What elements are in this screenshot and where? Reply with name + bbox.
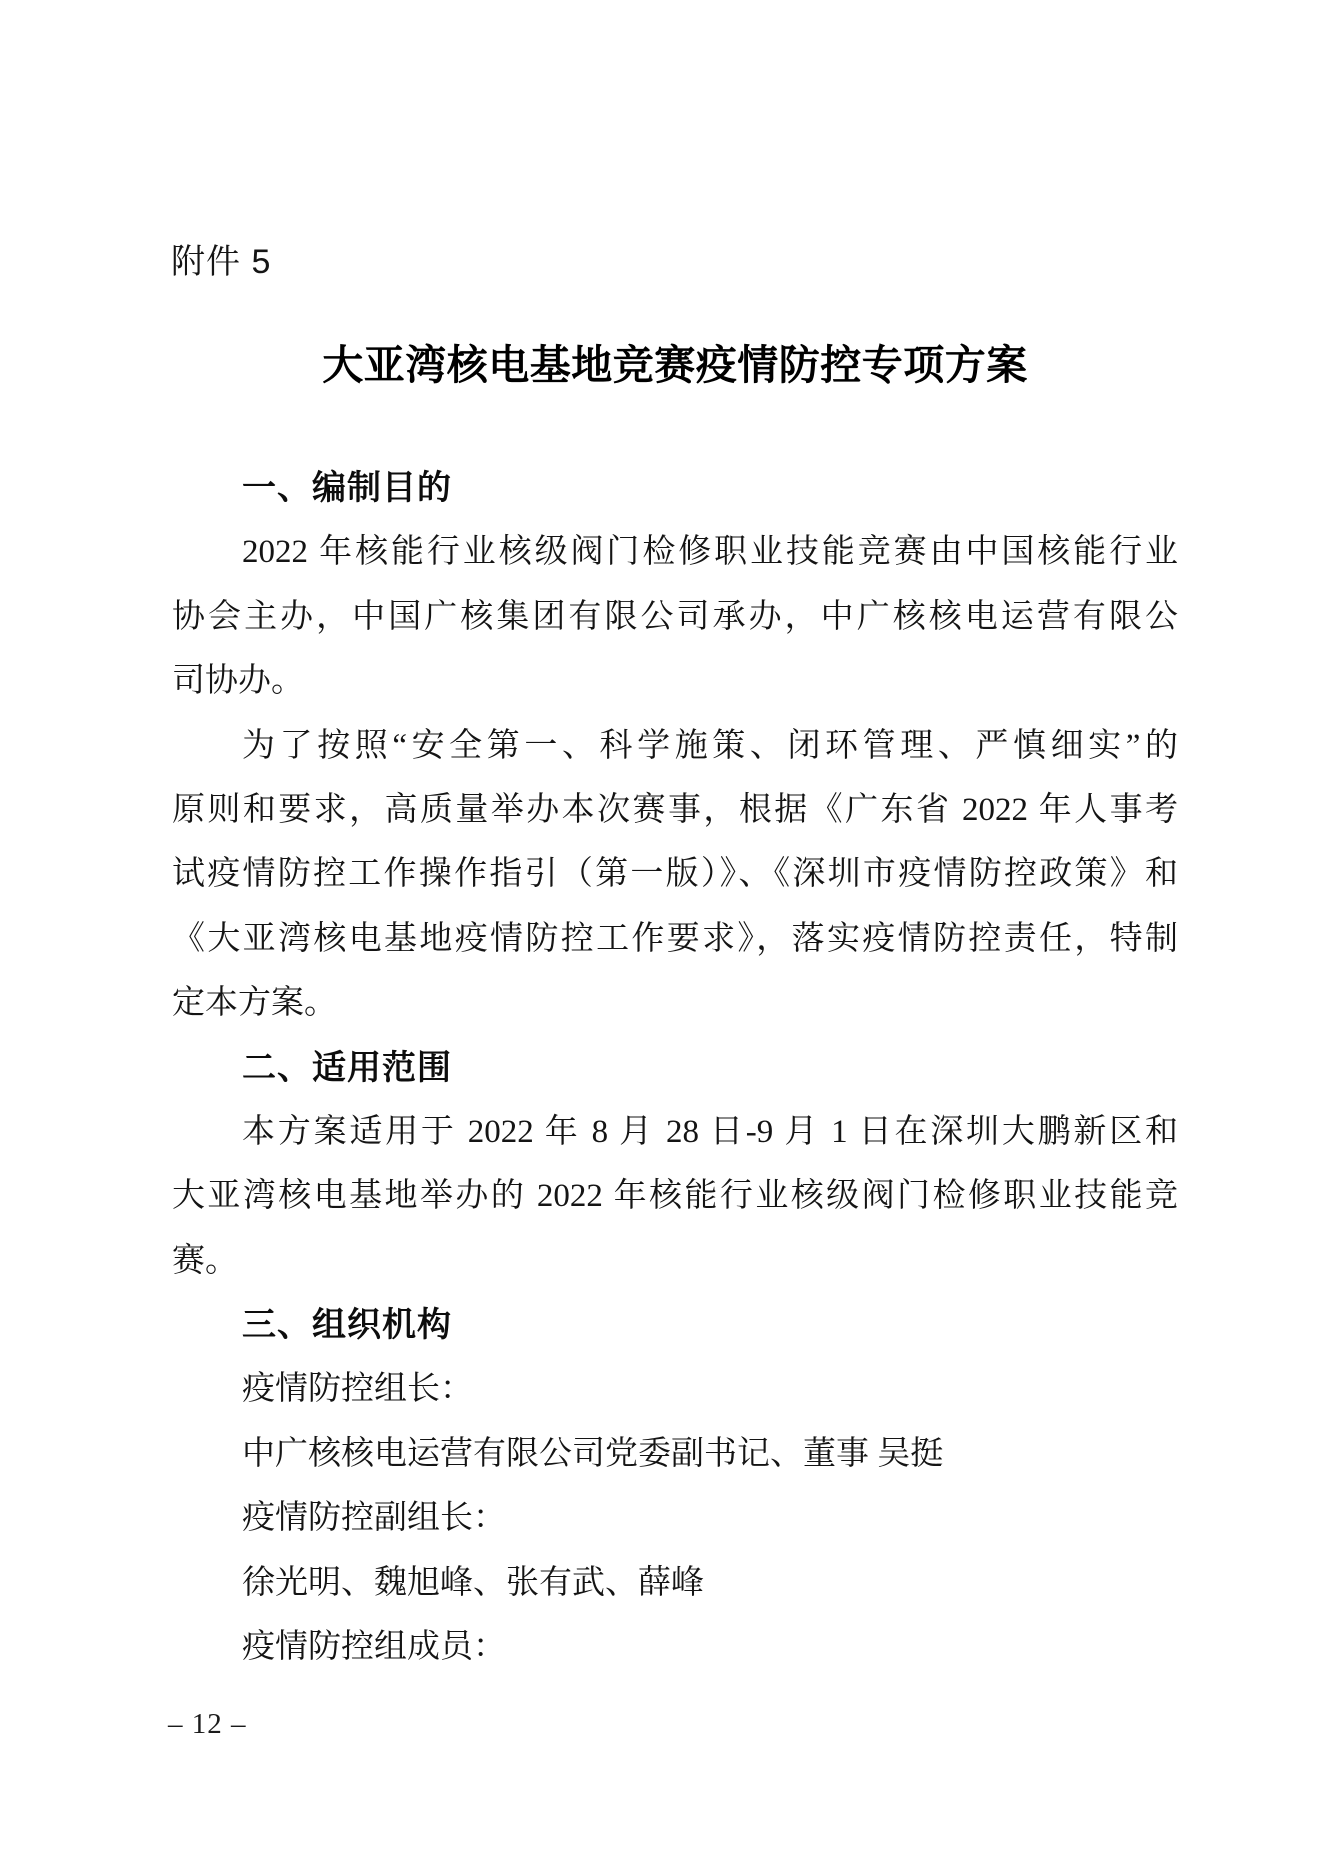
text-line: 本方案适用于 2022 年 8 月 28 日-9 月 1 日在深圳大鹏新区和 bbox=[172, 1100, 1178, 1164]
text-line: 大亚湾核电基地举办的 2022 年核能行业核级阀门检修职业技能竞 bbox=[172, 1164, 1178, 1228]
section-heading: 一、编制目的 bbox=[172, 456, 1178, 520]
document-title: 大亚湾核电基地竞赛疫情防控专项方案 bbox=[172, 332, 1178, 391]
document-page: 附件 5 大亚湾核电基地竞赛疫情防控专项方案 一、编制目的2022 年核能行业核… bbox=[0, 0, 1323, 1871]
text-line: 试疫情防控工作操作指引（第一版）》、《深圳市疫情防控政策》和 bbox=[172, 842, 1178, 906]
text-line: 中广核核电运营有限公司党委副书记、董事 吴挺 bbox=[172, 1422, 1178, 1486]
text-line: 疫情防控组长： bbox=[172, 1357, 1178, 1421]
section-heading: 二、适用范围 bbox=[172, 1036, 1178, 1100]
document-body: 一、编制目的2022 年核能行业核级阀门检修职业技能竞赛由中国核能行业协会主办，… bbox=[172, 456, 1178, 1679]
text-line: 定本方案。 bbox=[172, 971, 1178, 1035]
text-line: 协会主办，中国广核集团有限公司承办，中广核核电运营有限公 bbox=[172, 585, 1178, 649]
section-heading: 三、组织机构 bbox=[172, 1293, 1178, 1357]
text-line: 徐光明、魏旭峰、张有武、薛峰 bbox=[172, 1551, 1178, 1615]
text-line: 疫情防控组成员： bbox=[172, 1615, 1178, 1679]
text-line: 疫情防控副组长： bbox=[172, 1486, 1178, 1550]
text-line: 司协办。 bbox=[172, 649, 1178, 713]
page-number: – 12 – bbox=[168, 1708, 247, 1741]
text-line: 赛。 bbox=[172, 1229, 1178, 1293]
text-line: 《大亚湾核电基地疫情防控工作要求》，落实疫情防控责任，特制 bbox=[172, 907, 1178, 971]
text-line: 原则和要求，高质量举办本次赛事，根据《广东省 2022 年人事考 bbox=[172, 778, 1178, 842]
text-line: 为了按照“安全第一、科学施策、闭环管理、严慎细实”的 bbox=[172, 714, 1178, 778]
text-line: 2022 年核能行业核级阀门检修职业技能竞赛由中国核能行业 bbox=[172, 520, 1178, 584]
attachment-label: 附件 5 bbox=[171, 234, 271, 283]
